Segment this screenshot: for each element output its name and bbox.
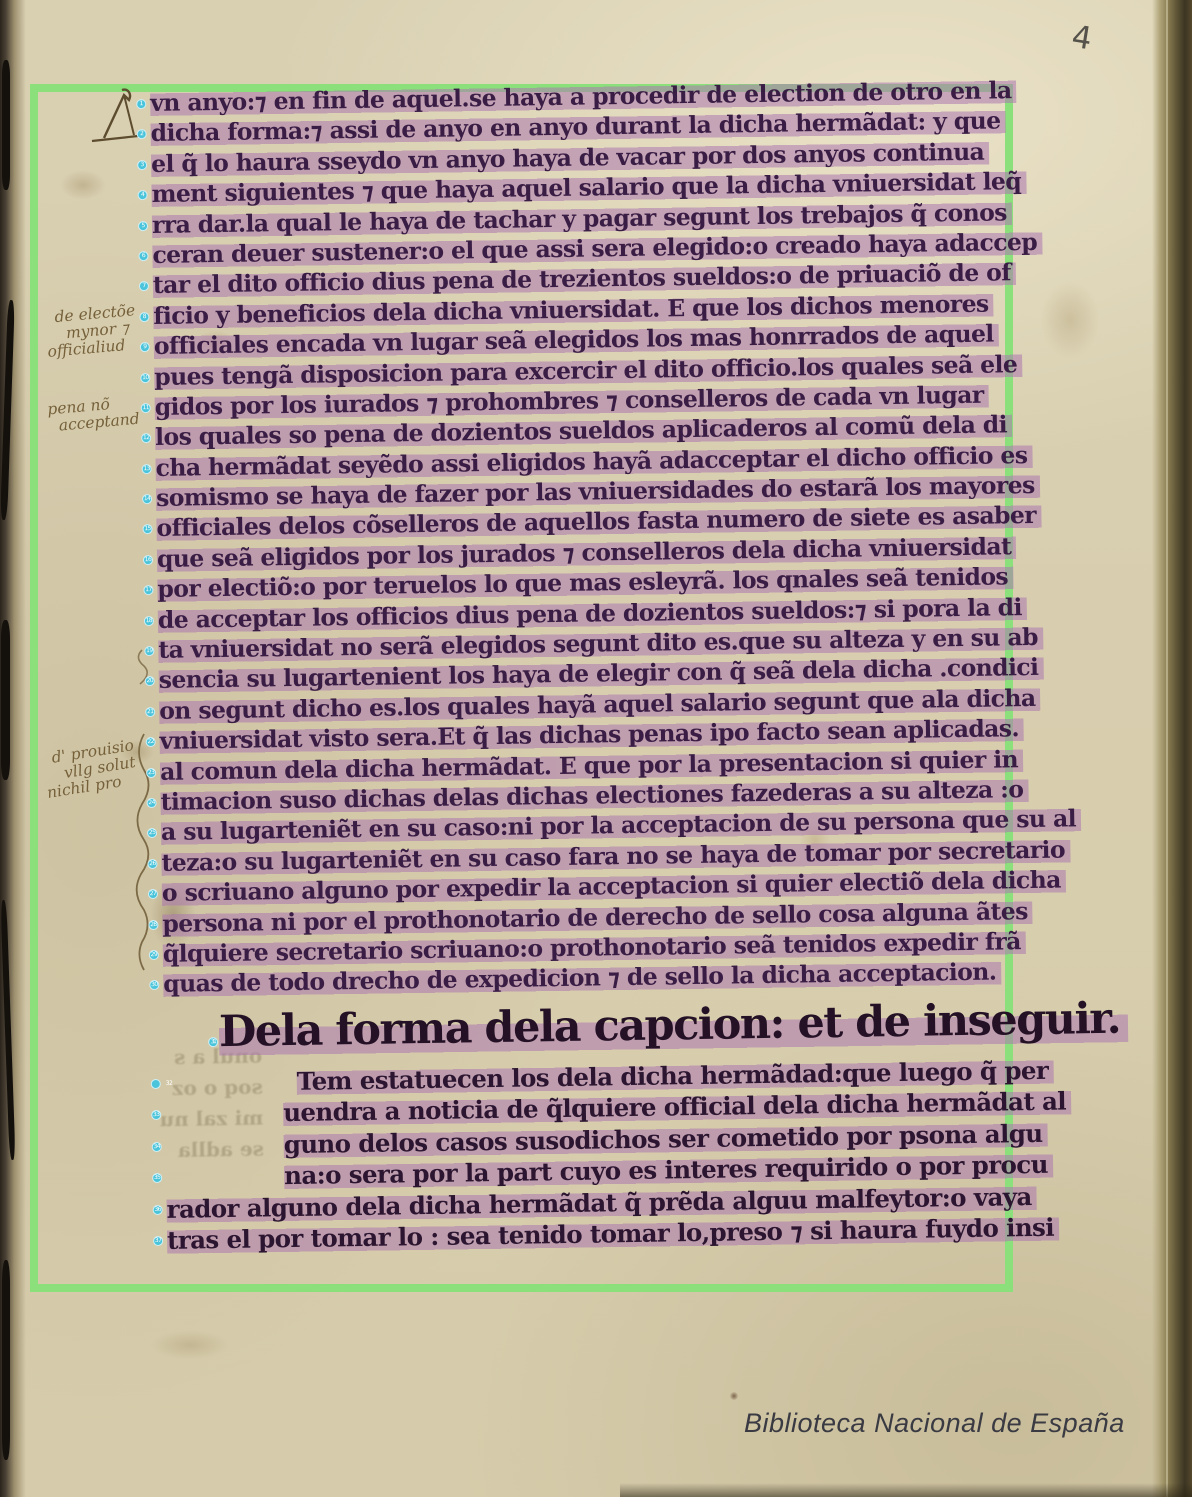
line-marker-icon[interactable]: 36 [153,1205,163,1215]
text-block: 1 vn anyo:⁊ en fin de aquel.se haya a pr… [150,76,972,1257]
page-number: 4 [1069,19,1094,58]
line-marker-icon[interactable]: 10 [140,373,150,383]
library-watermark: Biblioteca Nacional de España [744,1408,1125,1439]
section-heading: 31 Dela forma dela capcion: et de insegu… [164,992,970,1062]
line-marker-icon[interactable]: 11 [141,403,151,413]
line-marker-icon[interactable]: 16 [143,555,153,565]
line-marker-icon[interactable]: 5 [138,221,148,231]
line-marker-icon[interactable]: 34 [152,1142,162,1152]
line-marker-icon[interactable]: 3 [137,160,147,170]
page-edge-highlight [1166,0,1168,1497]
line-marker-icon[interactable]: 28 [148,920,158,930]
binding-crack [1,620,10,780]
line-marker-icon[interactable]: 21 [145,707,155,717]
paper-stain [150,1330,230,1360]
ink-speck [730,1392,738,1400]
line-marker-icon[interactable]: 18 [144,616,154,626]
body-paragraph: 1 vn anyo:⁊ en fin de aquel.se haya a pr… [150,76,968,1000]
line-marker-icon[interactable]: 32 [151,1079,161,1089]
heading-text: Dela forma dela capcion: et de inseguir. [219,993,1129,1056]
line-marker-icon[interactable]: 6 [138,251,148,261]
paper-stain [60,170,106,200]
binding-crack [2,1260,10,1460]
line-marker-icon[interactable]: 1 [136,99,146,109]
line-marker-icon[interactable]: 29 [149,950,159,960]
line-marker-icon[interactable]: 31 [208,1037,218,1047]
line-marker-icon[interactable]: 13 [142,464,152,474]
scanned-manuscript-page: de electõemynor ⁊officialiud pena nõacce… [0,0,1192,1497]
book-fore-edge [1152,0,1192,1497]
second-paragraph-lines: 32 Tem estatuecen los dela dicha hermãda… [165,1056,973,1257]
line-marker-icon[interactable]: 26 [147,859,157,869]
paper-stain [1040,280,1100,360]
line-marker-icon[interactable]: 24 [147,798,157,808]
line-marker-icon[interactable]: 8 [139,312,149,322]
binding-crack [2,60,10,190]
margin-note-1: de electõemynor ⁊officialiud [44,302,139,361]
bottom-page-shadow [620,1483,1192,1497]
line-marker-icon[interactable]: 23 [146,768,156,778]
second-paragraph: 32 Tem estatuecen los dela dicha hermãda… [165,1056,973,1257]
